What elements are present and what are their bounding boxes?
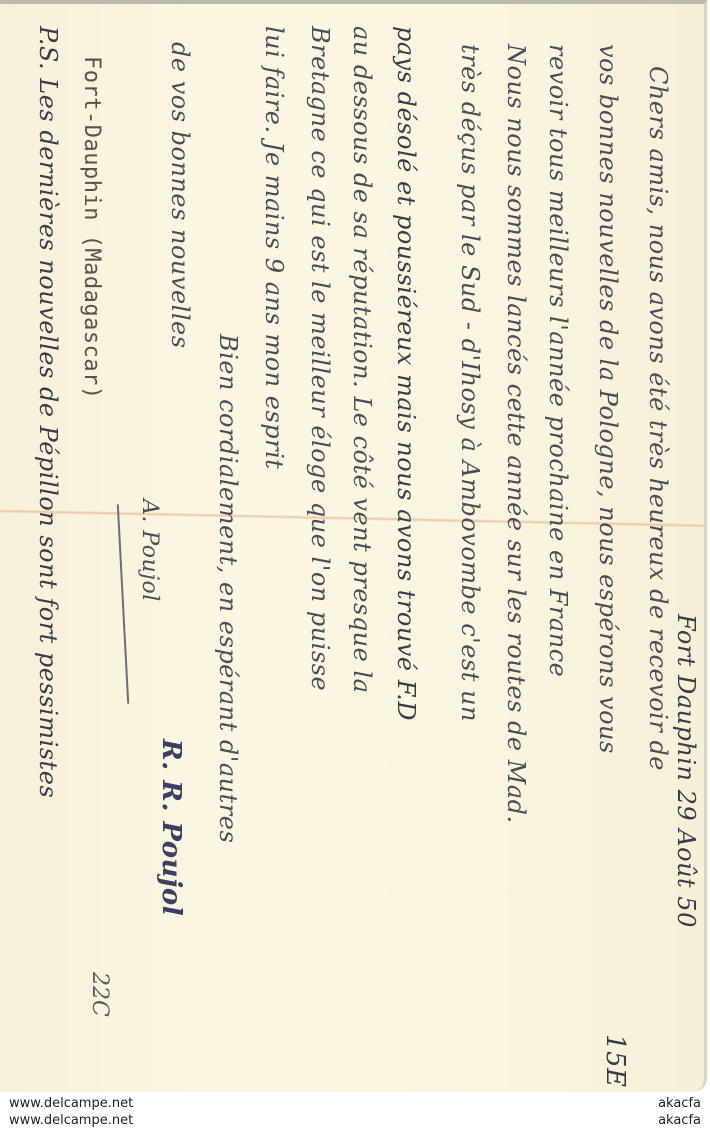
letter-line: Nous nous sommes lancés cette année sur … [502,44,530,824]
watermark-row: www.delcampe.net akacfa [9,1112,701,1129]
letter-line: pays désolé et poussiéreux mais nous avo… [392,26,420,721]
postscript: P.S. Les dernières nouvelles de Pépillon… [34,26,62,798]
dateline: Fort Dauphin 29 Août 50 [672,614,700,928]
letter-line: très déçus par le Sud - d'Ihosy à Ambovo… [456,44,484,722]
watermark-row: www.delcampe.net akacfa [9,1095,701,1112]
letter-line: revoir tous meilleurs l'année prochaine … [544,44,572,677]
letter-line: lui faire. Je mains 9 ans mon esprit [260,26,288,469]
reference-number: 15E [600,1034,630,1088]
watermark-footer: www.delcampe.net akacfa www.delcampe.net… [0,1092,710,1130]
signature-underline [117,504,129,704]
letter-line: Chers amis, nous avons été très heureux … [644,66,672,771]
letter-line: Bretagne ce qui est le meilleur éloge qu… [306,26,334,691]
postcard-back: Fort Dauphin 29 Août 50 Chers amis, nous… [0,0,707,1092]
letter-line: au dessous de sa réputation. Le côté ven… [348,26,376,693]
letter-line: vos bonnes nouvelles de la Pologne, nous… [594,44,622,754]
watermark-site: www.delcampe.net [9,1096,133,1111]
letter-line: Bien cordialement, en espérant d'autres [214,334,242,843]
margin-mark: 22C [87,972,112,1017]
watermark-seller: akacfa [658,1095,701,1112]
location-stamp: Fort-Dauphin (Madagascar) [79,56,104,400]
watermark-seller: akacfa [658,1112,701,1129]
signature: R. R. Poujol [156,739,186,916]
watermark-site: www.delcampe.net [9,1113,133,1128]
signature: A. Poujol [137,499,162,602]
letter-line: de vos bonnes nouvelles [166,42,194,349]
